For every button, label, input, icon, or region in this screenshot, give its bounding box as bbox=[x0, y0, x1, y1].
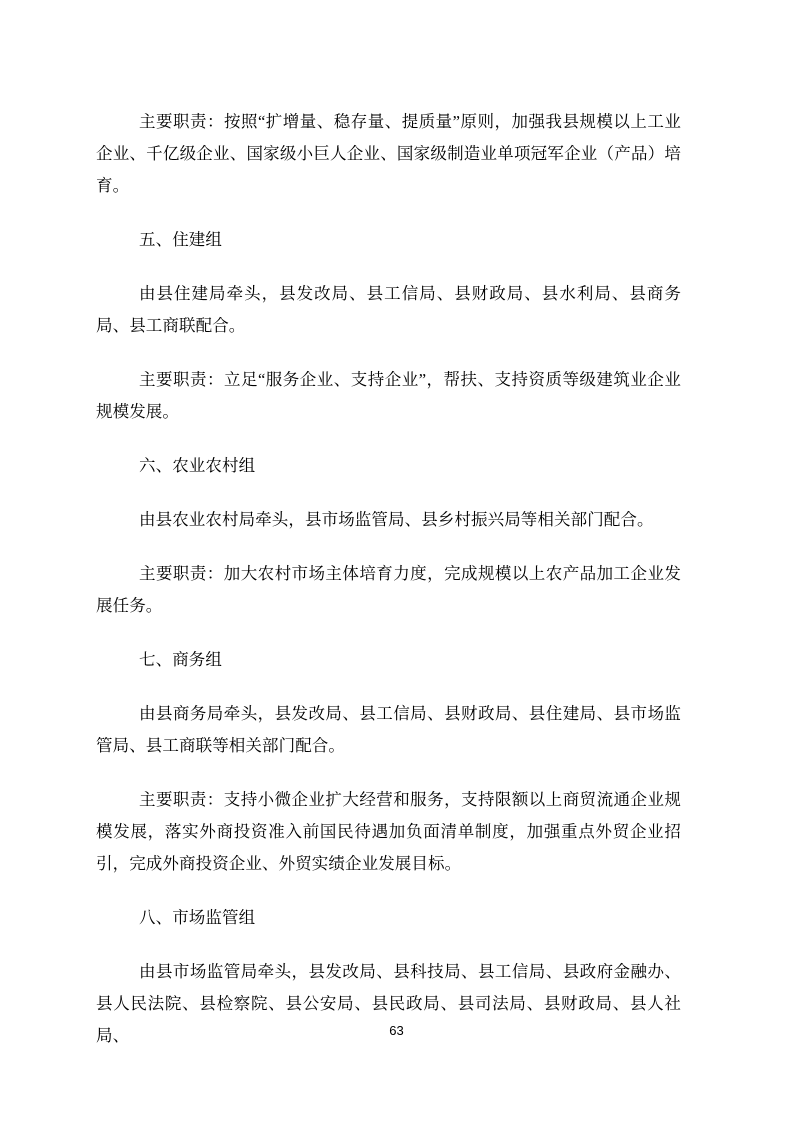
paragraph-agriculture-duty: 主要职责：加大农村市场主体培育力度，完成规模以上农产品加工企业发展任务。 bbox=[96, 558, 681, 622]
paragraph-housing-lead-depts: 由县住建局牵头，县发改局、县工信局、县财政局、县水利局、县商务局、县工商联配合。 bbox=[96, 278, 681, 342]
paragraph-commerce-duty: 主要职责：支持小微企业扩大经营和服务，支持限额以上商贸流通企业规模发展，落实外商… bbox=[96, 784, 681, 880]
section-heading-agriculture-group: 六、农业农村组 bbox=[96, 450, 681, 482]
paragraph-agriculture-lead-depts: 由县农业农村局牵头，县市场监管局、县乡村振兴局等相关部门配合。 bbox=[96, 504, 681, 536]
document-page: 主要职责：按照“扩增量、稳存量、提质量”原则，加强我县规模以上工业企业、千亿级企… bbox=[0, 0, 793, 1122]
page-number: 63 bbox=[0, 1023, 793, 1039]
paragraph-commerce-lead-depts: 由县商务局牵头，县发改局、县工信局、县财政局、县住建局、县市场监管局、县工商联等… bbox=[96, 698, 681, 762]
section-heading-commerce-group: 七、商务组 bbox=[96, 644, 681, 676]
document-body: 主要职责：按照“扩增量、稳存量、提质量”原则，加强我县规模以上工业企业、千亿级企… bbox=[96, 106, 681, 1074]
paragraph-main-duty-industry: 主要职责：按照“扩增量、稳存量、提质量”原则，加强我县规模以上工业企业、千亿级企… bbox=[96, 106, 681, 202]
section-heading-market-regulation-group: 八、市场监管组 bbox=[96, 902, 681, 934]
section-heading-housing-group: 五、住建组 bbox=[96, 224, 681, 256]
paragraph-housing-duty: 主要职责：立足“服务企业、支持企业”，帮扶、支持资质等级建筑业企业规模发展。 bbox=[96, 364, 681, 428]
